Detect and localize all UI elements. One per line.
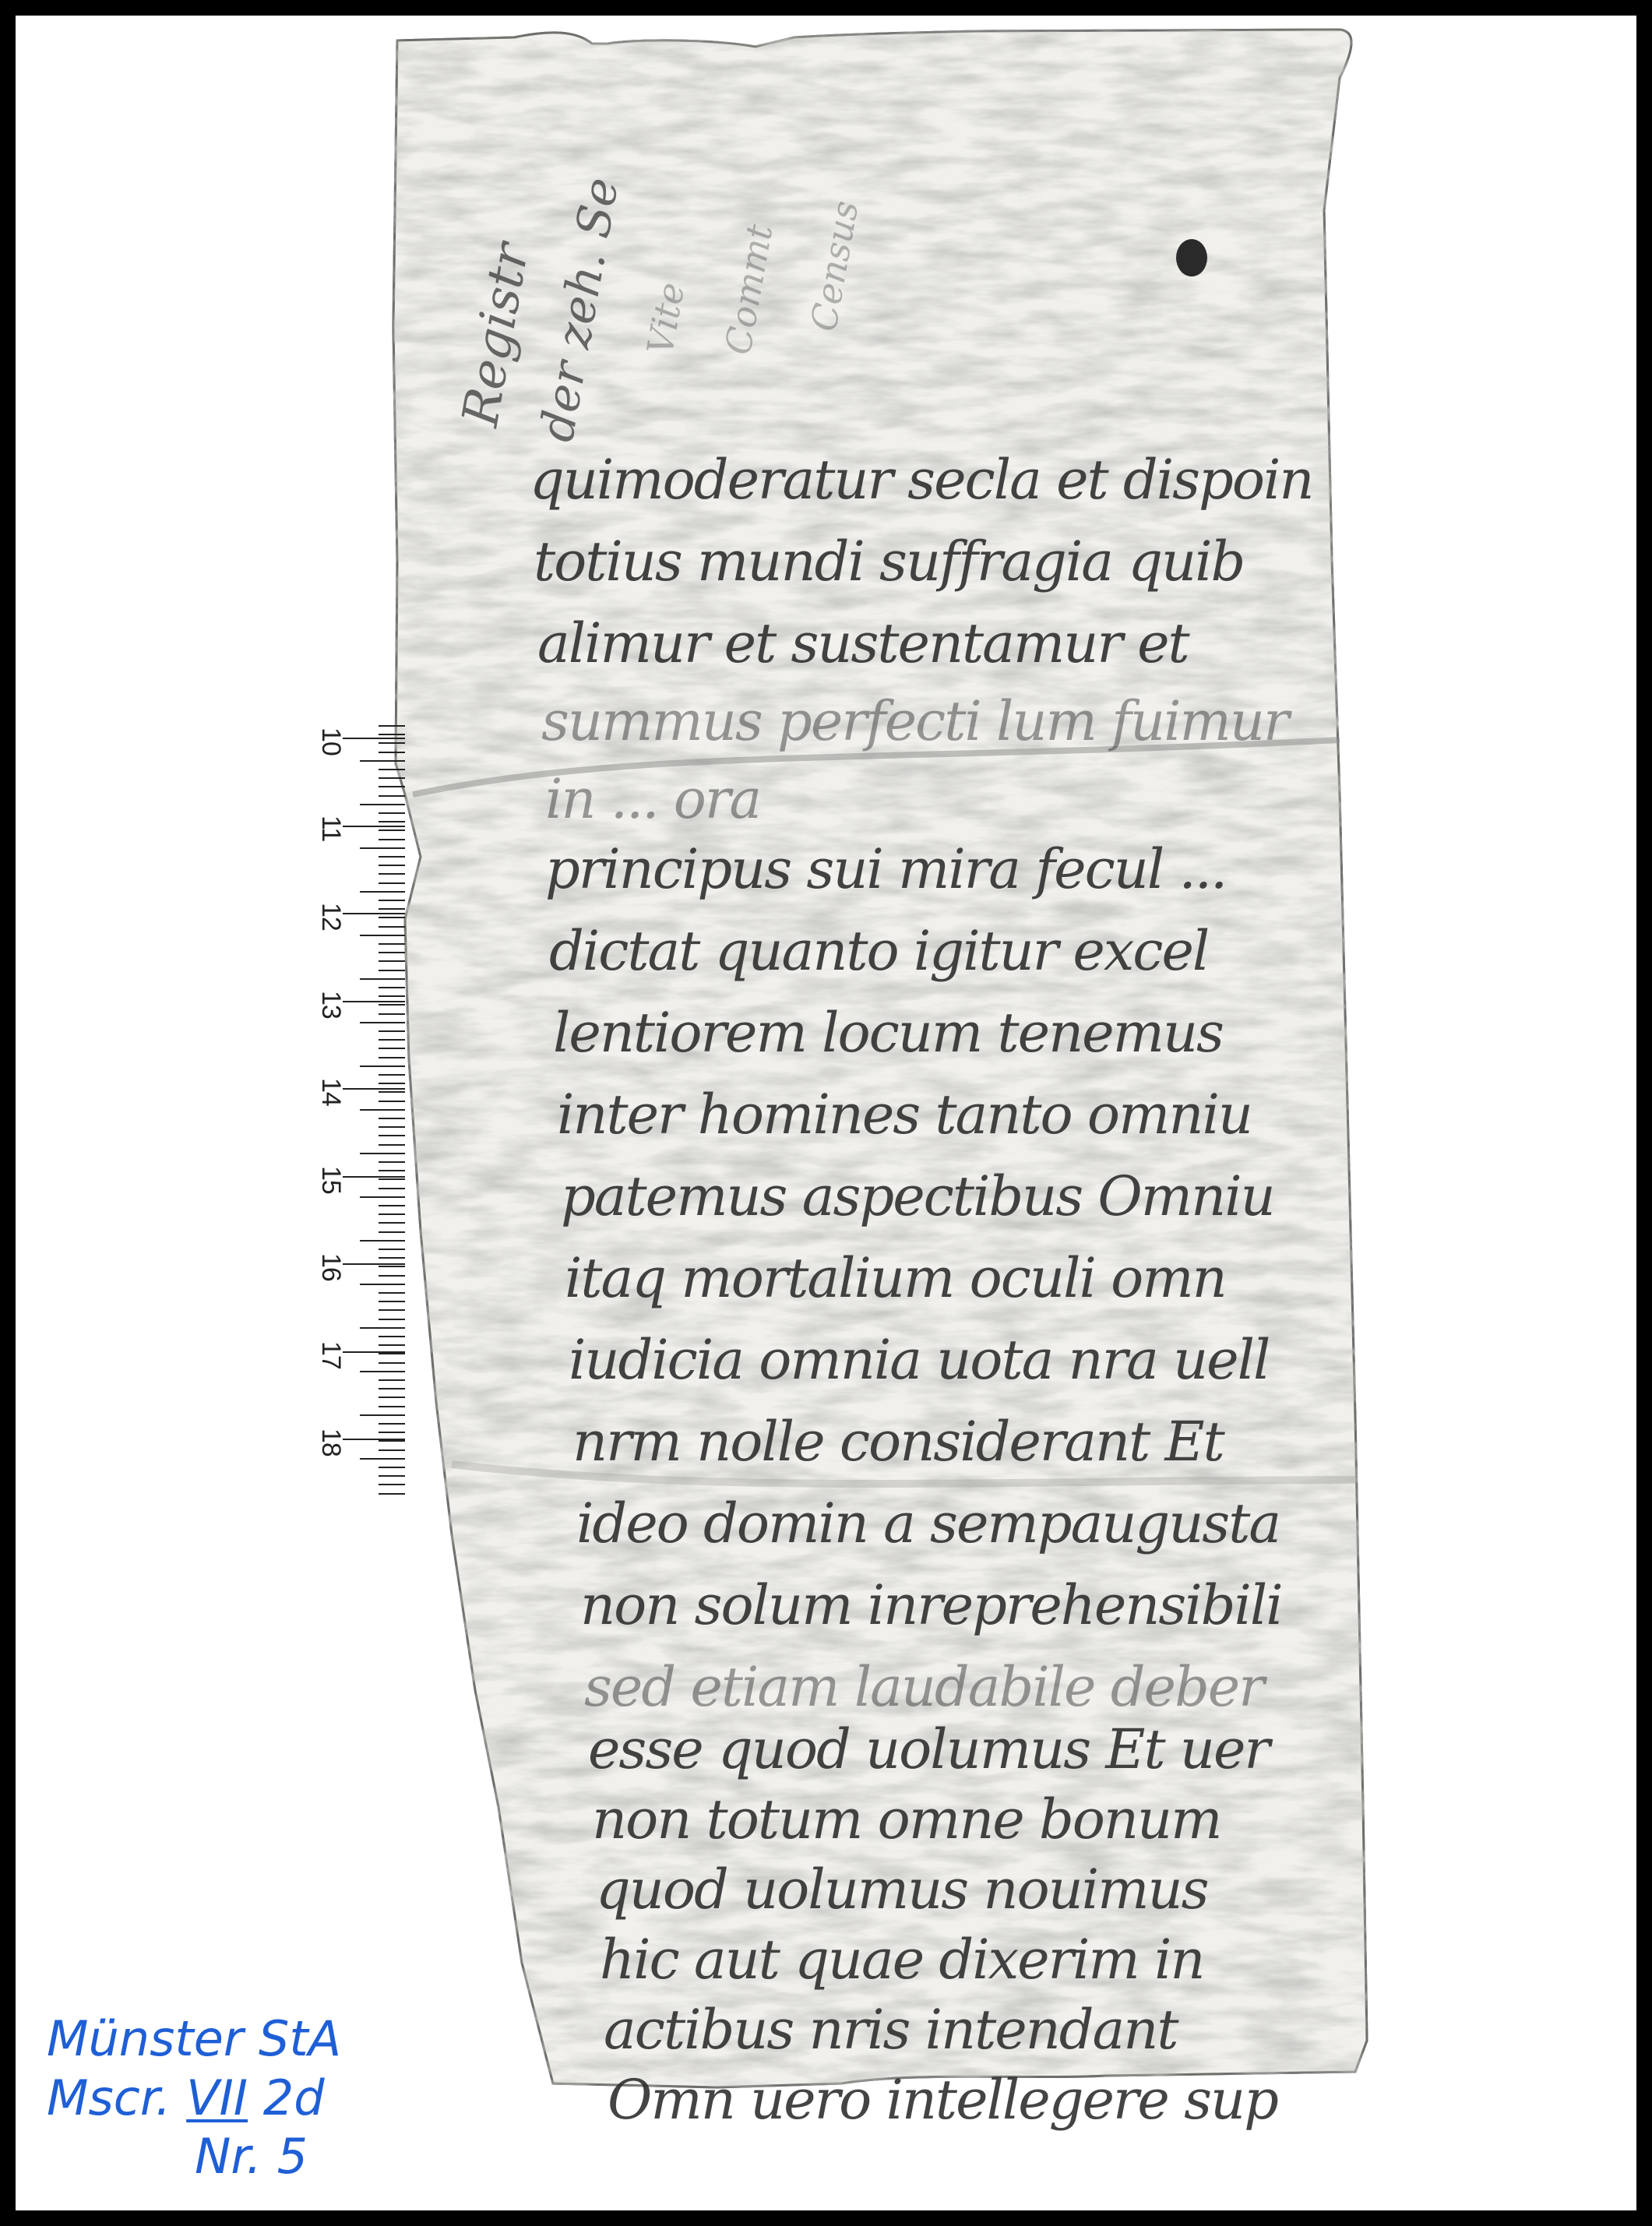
measurement-ruler: 10 11 12 13 14 15 16 17 18 [312, 717, 421, 1534]
scan-sheet: Registr der zeh. Se Vite Commt Census qu… [16, 16, 1636, 2210]
manuscript-line-22: Omn uero intellegere sup [608, 2068, 1277, 2132]
manuscript-line-19: quod uolumus nouimus [596, 1858, 1208, 1921]
manuscript-line-4: summus perfecti lum fuimur [541, 689, 1287, 753]
manuscript-line-16: sed etiam laudabile deber [584, 1655, 1263, 1719]
manuscript-line-21: actibus nris intendant [604, 1998, 1178, 2062]
manuscript-line-6: principus sui mira fecul ... [545, 837, 1226, 901]
shelfmark-roman: VII [186, 2069, 248, 2126]
manuscript-line-9: inter homines tanto omniu [557, 1083, 1252, 1146]
shelfmark-annotation: Münster StA Mscr. VII 2d Nr. 5 [47, 2009, 341, 2186]
manuscript-line-15: non solum inreprehensibili [580, 1573, 1282, 1637]
ruler-label-13: 13 [315, 991, 346, 1019]
shelfmark-suffix: 2d [248, 2069, 325, 2126]
ruler-label-14: 14 [315, 1078, 346, 1106]
manuscript-line-17: esse quod uolumus Et uer [588, 1717, 1269, 1781]
manuscript-line-14: ideo domin a sempaugusta [576, 1492, 1280, 1555]
ruler-label-12: 12 [315, 903, 346, 931]
manuscript-line-8: lentiorem locum tenemus [553, 1001, 1223, 1065]
manuscript-line-1: quimoderatur secla et dispoin [530, 448, 1312, 512]
manuscript-line-13: nrm nolle considerant Et [572, 1410, 1224, 1474]
shelfmark-archive: Münster StA [47, 2009, 341, 2069]
shelfmark-number: Nr. 5 [47, 2127, 341, 2186]
manuscript-line-20: hic aut quae dixerim in [600, 1928, 1203, 1992]
manuscript-line-12: iudicia omnia uota nra uell [569, 1328, 1269, 1392]
ruler-label-11: 11 [315, 815, 346, 841]
manuscript-line-5: in ... ora [545, 767, 760, 831]
manuscript-line-10: patemus aspectibus Omniu [561, 1164, 1274, 1228]
ruler-label-15: 15 [315, 1166, 346, 1194]
shelfmark-signature: Mscr. VII 2d [47, 2069, 341, 2128]
ruler-label-10: 10 [315, 727, 346, 756]
ruler-label-17: 17 [315, 1341, 346, 1369]
manuscript-line-3: alimur et sustentamur et [537, 611, 1189, 675]
manuscript-line-2: totius mundi suffragia quib [534, 530, 1244, 593]
manuscript-line-18: non totum omne bonum [592, 1787, 1221, 1851]
shelfmark-prefix: Mscr. [47, 2069, 186, 2126]
manuscript-line-7: dictat quanto igitur excel [549, 919, 1208, 983]
manuscript-line-11: itaq mortalium oculi omn [565, 1246, 1226, 1310]
ruler-label-18: 18 [315, 1428, 346, 1456]
ruler-label-16: 16 [315, 1253, 346, 1281]
